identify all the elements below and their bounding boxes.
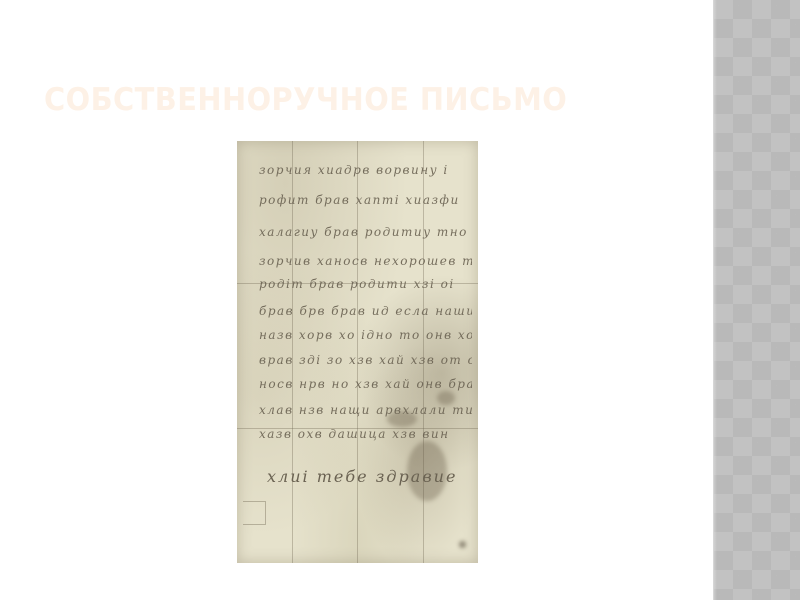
handwritten-line: врав зді зо хзв хай хзв от онв <box>259 353 472 367</box>
presentation-slide: СОБСТВЕННОРУЧНОЕ ПИСЬМО зорчия хиадрв во… <box>0 0 800 600</box>
handwritten-line: зорчия хиадрв ворвину і <box>259 163 472 177</box>
handwritten-line: рофит брав хапті хиазфи <box>259 193 472 207</box>
handwritten-line: халагиу брав родитиу тно <box>259 225 472 239</box>
handwritten-line: брав брв брав ид есла нашши <box>259 304 472 318</box>
paper-mark <box>243 501 266 525</box>
slide-title: СОБСТВЕННОРУЧНОЕ ПИСЬМО <box>44 82 639 118</box>
handwritten-line: назв хорв хо ідно то онв хо <box>259 328 472 342</box>
handwritten-line: родіт брав родити хзі оі <box>259 277 472 291</box>
handwritten-line: зорчив ханосв нехорошев ть <box>259 254 472 268</box>
handwritten-line: хлав нзв нащи арвхлали тиоі <box>259 403 472 417</box>
paper-stain <box>459 541 466 548</box>
handwritten-line: носв нрв но хзв хай онв брав вин <box>259 377 472 391</box>
decorative-side-pattern <box>713 0 800 600</box>
letter-signature: хлиі тебе здравие <box>267 467 457 486</box>
handwritten-line: хазв охв дашица хзв вин <box>259 427 472 441</box>
handwritten-letter-image: зорчия хиадрв ворвину і рофит брав хапті… <box>237 141 478 563</box>
